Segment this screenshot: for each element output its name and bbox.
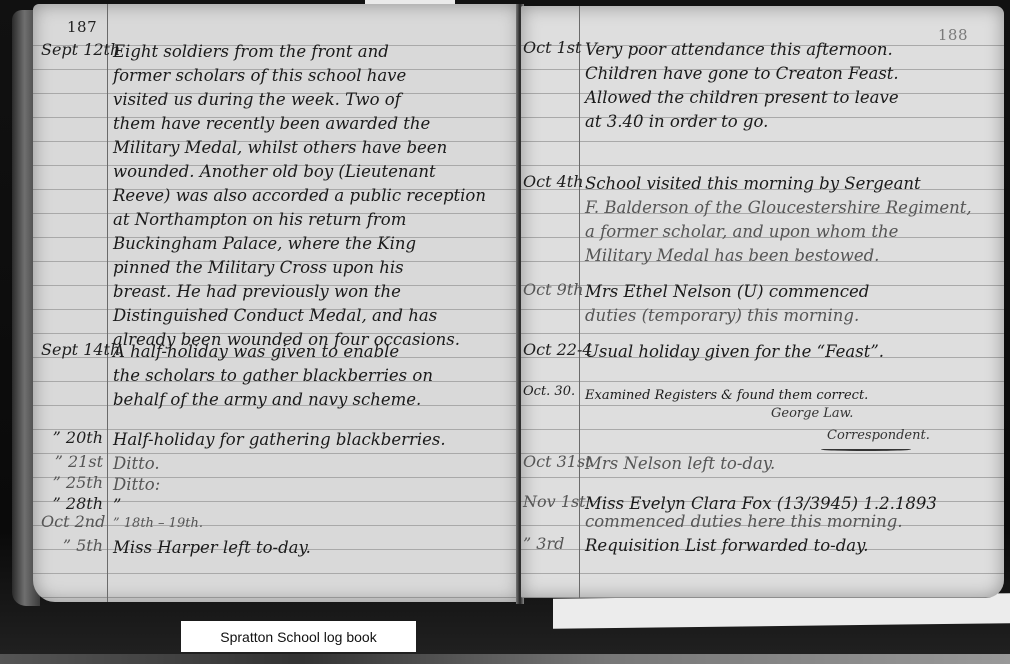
entry-line: visited us during the week. Two of — [113, 88, 486, 112]
entry-text: Requisition List forwarded to-day. — [585, 534, 869, 558]
caption-text: Spratton School log book — [220, 629, 376, 645]
entry-line: at Northampton on his return from — [113, 208, 486, 232]
entry-text: ” 18th – 19th. — [113, 512, 203, 536]
entry-line: Buckingham Palace, where the King — [113, 232, 486, 256]
entry-line: F. Balderson of the Gloucestershire Regi… — [585, 196, 972, 220]
entry-text: Very poor attendance this afternoon. Chi… — [585, 38, 899, 134]
entry-line: a former scholar, and upon whom the — [585, 220, 972, 244]
entry-date: Oct 9th — [523, 280, 579, 299]
table-edge — [0, 654, 1010, 664]
margin-rule — [107, 4, 108, 602]
page-number: 187 — [67, 18, 97, 36]
entry-text: Half-holiday for gathering blackberries. — [113, 428, 446, 452]
entry-line: Miss Harper left to-day. — [113, 536, 311, 560]
entry-text: Usual holiday given for the “Feast”. — [585, 340, 884, 364]
page-number: 188 — [938, 26, 968, 44]
signature-title: Correspondent. — [827, 428, 930, 443]
entry-line: Requisition List forwarded to-day. — [585, 534, 869, 558]
entry-date: Oct 22-4 — [523, 340, 579, 359]
entry-text: Mrs Ethel Nelson (U) commenced duties (t… — [585, 280, 869, 328]
entry-line: them have recently been awarded the — [113, 112, 486, 136]
entry-line: Military Medal, whilst others have been — [113, 136, 486, 160]
entry-line: ” 18th – 19th. — [113, 512, 203, 536]
log-page-right: 188 Oct 1st Very poor attendance this af… — [521, 6, 1004, 598]
entry-date: ” 28th — [41, 494, 107, 513]
log-page-left: 187 Sept 12th Eight soldiers from the fr… — [33, 4, 520, 602]
entry-date: Oct 31st — [523, 452, 579, 471]
entry-line: Military Medal has been bestowed. — [585, 244, 972, 268]
caption-label: Spratton School log book — [181, 621, 416, 652]
entry-line: Very poor attendance this afternoon. — [585, 38, 899, 62]
entry-line: Mrs Ethel Nelson (U) commenced — [585, 280, 869, 304]
entry-line: the scholars to gather blackberries on — [113, 364, 433, 388]
entry-line: Allowed the children present to leave — [585, 86, 899, 110]
entry-date: Sept 12th — [41, 40, 107, 59]
entry-line: breast. He had previously won the — [113, 280, 486, 304]
entry-date: Oct. 30. — [523, 384, 579, 399]
entry-date: Nov 1st — [523, 492, 579, 511]
entry-line: Children have gone to Creaton Feast. — [585, 62, 899, 86]
entry-line: duties (temporary) this morning. — [585, 304, 869, 328]
paper-strip-bottom — [553, 593, 1010, 629]
entry-line: Eight soldiers from the front and — [113, 40, 486, 64]
entry-date: Sept 14th — [41, 340, 107, 359]
photo-background: 187 Sept 12th Eight soldiers from the fr… — [0, 0, 1010, 664]
entry-line: behalf of the army and navy scheme. — [113, 388, 433, 412]
entry-line: Examined Registers & found them correct. — [585, 384, 868, 408]
entry-text: School visited this morning by Sergeant … — [585, 172, 972, 268]
entry-date: ” 20th — [41, 428, 107, 447]
entry-date: ” 3rd — [523, 534, 579, 553]
entry-line: former scholars of this school have — [113, 64, 486, 88]
entry-line: Distinguished Conduct Medal, and has — [113, 304, 486, 328]
entry-line: pinned the Military Cross upon his — [113, 256, 486, 280]
entry-date: ” 25th — [41, 473, 107, 492]
entry-text: Miss Harper left to-day. — [113, 536, 311, 560]
entry-text: Mrs Nelson left to-day. — [585, 452, 775, 476]
entry-line: wounded. Another old boy (Lieutenant — [113, 160, 486, 184]
signature-name: George Law. — [771, 406, 853, 421]
entry-line: Usual holiday given for the “Feast”. — [585, 340, 884, 364]
signature-flourish — [821, 448, 911, 451]
entry-date: Oct 4th — [523, 172, 579, 191]
entry-date: Oct 1st — [523, 38, 579, 57]
entry-line: School visited this morning by Sergeant — [585, 172, 972, 196]
entry-line: commenced duties here this morning. — [585, 510, 937, 534]
entry-text: Examined Registers & found them correct. — [585, 384, 868, 408]
entry-line: at 3.40 in order to go. — [585, 110, 899, 134]
entry-text: Eight soldiers from the front and former… — [113, 40, 486, 352]
entry-text: A half-holiday was given to enable the s… — [113, 340, 433, 412]
entry-text: Miss Evelyn Clara Fox (13/3945) 1.2.1893… — [585, 492, 937, 534]
entry-line: A half-holiday was given to enable — [113, 340, 433, 364]
entry-line: Reeve) was also accorded a public recept… — [113, 184, 486, 208]
entry-line: Half-holiday for gathering blackberries. — [113, 428, 446, 452]
entry-date: Oct 2nd — [41, 512, 107, 531]
entry-line: Mrs Nelson left to-day. — [585, 452, 775, 476]
entry-date: ” 5th — [41, 536, 107, 555]
entry-date: ” 21st — [41, 452, 107, 471]
